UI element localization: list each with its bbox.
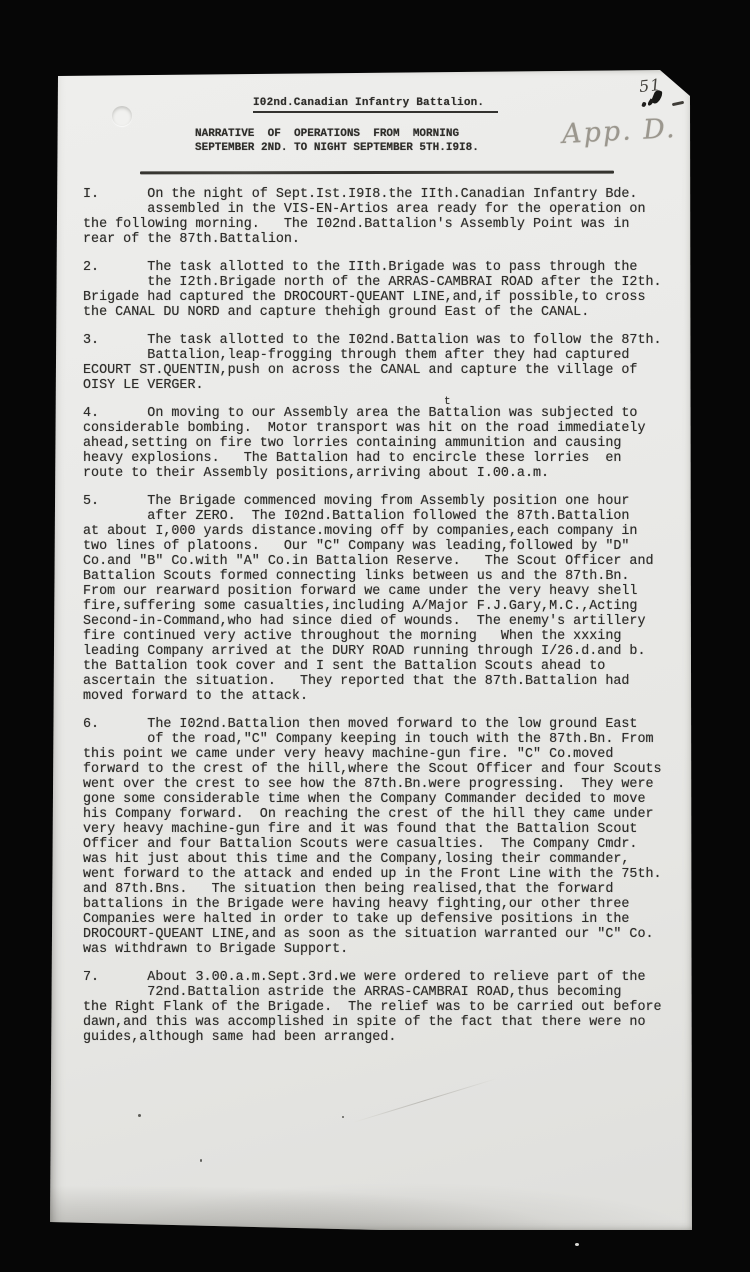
typed-line: guides,although same had been arranged. [83, 1030, 683, 1045]
typed-line: leading Company arrived at the DURY ROAD… [83, 644, 683, 659]
typed-line: and 87th.Bns. The situation then being r… [83, 882, 683, 897]
typed-line: considerable bombing. Motor transport wa… [83, 421, 683, 436]
typed-line: 7. About 3.00.a.m.Sept.3rd.we were order… [83, 970, 683, 985]
typed-line: Companies were halted in order to take u… [83, 912, 683, 927]
typed-line: at about I,000 yards distance.moving off… [83, 524, 683, 539]
typed-line: Brigade had captured the DROCOURT-QUEANT… [83, 290, 683, 305]
typed-line: of the road,"C" Company keeping in touch… [83, 732, 683, 747]
typed-line: DROCOURT-QUEANT LINE,and as soon as the … [83, 927, 683, 942]
punch-hole [112, 106, 132, 126]
typed-line: Second-in-Command,who had since died of … [83, 614, 683, 629]
paragraph-1: I. On the night of Sept.Ist.I9I8.the IIt… [83, 187, 683, 247]
typed-line: went forward to the attack and ended up … [83, 867, 683, 882]
typo-correction-letter: t [444, 396, 451, 408]
typed-line: ECOURT ST.QUENTIN,push on across the CAN… [83, 363, 683, 378]
typed-line: 2. The task allotted to the IIth.Brigade… [83, 260, 683, 275]
typed-line: fire continued very active throughout th… [83, 629, 683, 644]
typed-line: fire,suffering some casualties,including… [83, 599, 683, 614]
paper-speck [342, 1116, 344, 1118]
typed-line: rear of the 87th.Battalion. [83, 232, 683, 247]
ink-blot-dash [672, 101, 684, 106]
document-page: 51 App. D. I02nd.Canadian Infantry Batta… [50, 70, 692, 1232]
typed-line: battalions in the Brigade were having he… [83, 897, 683, 912]
typed-line: 5. The Brigade commenced moving from Ass… [83, 494, 683, 509]
typed-line: assembled in the VIS-EN-Artios area read… [83, 202, 683, 217]
typed-line: was hit just about this time and the Com… [83, 852, 683, 867]
typed-line: was withdrawn to Brigade Support. [83, 942, 683, 957]
handwritten-appendix-note: App. D. [561, 113, 677, 150]
paragraph-7: 7. About 3.00.a.m.Sept.3rd.we were order… [83, 970, 683, 1045]
paper-speck [200, 1159, 202, 1162]
typed-line: I. On the night of Sept.Ist.I9I8.the IIt… [83, 187, 683, 202]
typed-line: dawn,and this was accomplished in spite … [83, 1015, 683, 1030]
typed-line: the CANAL DU NORD and capture thehigh gr… [83, 305, 683, 320]
typed-body: I. On the night of Sept.Ist.I9I8.the IIt… [83, 187, 683, 1058]
typed-line: heavy explosions. The Battalion had to e… [83, 451, 683, 466]
typed-line: ahead,setting on fire two lorries contai… [83, 436, 683, 451]
typed-line: two lines of platoons. Our "C" Company w… [83, 539, 683, 554]
paper-smudge [50, 1172, 692, 1232]
typed-line: after ZERO. The I02nd.Battalion followed… [83, 509, 683, 524]
typed-line: Officer and four Battalion Scouts were c… [83, 837, 683, 852]
typed-line: the following morning. The I02nd.Battali… [83, 217, 683, 232]
typed-line: this point we came under very heavy mach… [83, 747, 683, 762]
paragraph-3: 3. The task allotted to the I02nd.Battal… [83, 333, 683, 393]
heading-line-2: SEPTEMBER 2ND. TO NIGHT SEPTEMBER 5TH.I9… [195, 142, 479, 154]
typed-line: OISY LE VERGER. [83, 378, 683, 393]
dust-speck [575, 1243, 579, 1246]
typed-line: his Company forward. On reaching the cre… [83, 807, 683, 822]
typed-line: From our rearward position forward we ca… [83, 584, 683, 599]
typed-line: the I2th.Brigade north of the ARRAS-CAMB… [83, 275, 683, 290]
typed-line: 3. The task allotted to the I02nd.Battal… [83, 333, 683, 348]
typed-line: 6. The I02nd.Battalion then moved forwar… [83, 717, 683, 732]
heading-line-1: NARRATIVE OF OPERATIONS FROM MORNING [195, 128, 459, 140]
typed-line: route to their Assembly positions,arrivi… [83, 466, 683, 481]
paragraph-5: 5. The Brigade commenced moving from Ass… [83, 494, 683, 704]
ink-blot-dot [641, 101, 646, 107]
photo-background: 51 App. D. I02nd.Canadian Infantry Batta… [0, 0, 750, 1272]
typed-line: Battalion Scouts formed connecting links… [83, 569, 683, 584]
document-title: I02nd.Canadian Infantry Battalion. [253, 97, 498, 113]
typed-line: gone some considerable time when the Com… [83, 792, 683, 807]
paper-speck [138, 1114, 141, 1117]
typed-line: the Right Flank of the Brigade. The reli… [83, 1000, 683, 1015]
typed-line: 72nd.Battalion astride the ARRAS-CAMBRAI… [83, 985, 683, 1000]
paper-crease [353, 1078, 497, 1123]
typed-line: moved forward to the attack. [83, 689, 683, 704]
typed-line: ascertain the situation. They reported t… [83, 674, 683, 689]
typed-line: went over the crest to see how the 87th.… [83, 777, 683, 792]
typed-line: very heavy machine-gun fire and it was f… [83, 822, 683, 837]
typed-line: forward to the crest of the hill,where t… [83, 762, 683, 777]
typed-line: 4. On moving to our Assembly area the Ba… [83, 406, 683, 421]
typed-line: Battalion,leap-frogging through them aft… [83, 348, 683, 363]
typed-line: the Battalion took cover and I sent the … [83, 659, 683, 674]
paragraph-6: 6. The I02nd.Battalion then moved forwar… [83, 717, 683, 957]
typed-line: Co.and "B" Co.with "A" Co.in Battalion R… [83, 554, 683, 569]
header-rule [140, 171, 614, 175]
paragraph-4: 4. On moving to our Assembly area the Ba… [83, 406, 683, 481]
paragraph-2: 2. The task allotted to the IIth.Brigade… [83, 260, 683, 320]
